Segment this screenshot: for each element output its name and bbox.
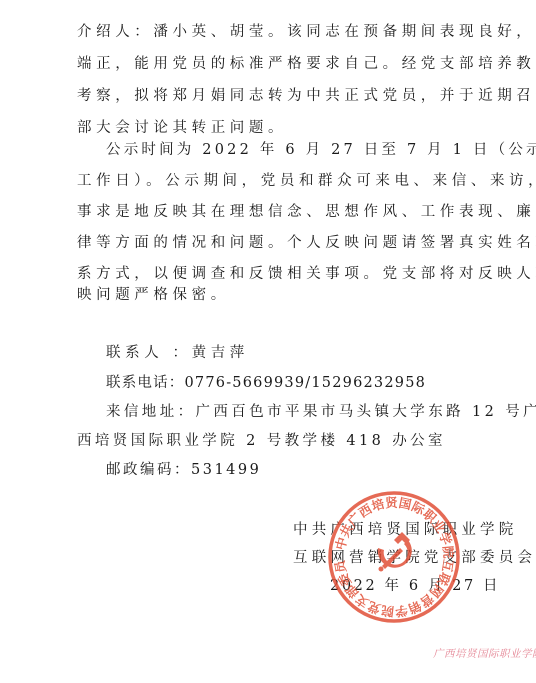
signature-org-line1: 中共广西培贤国际职业学院 <box>293 520 517 540</box>
paragraph-line: 律等方面的情况和问题。个人反映问题请签署真实姓名和联 <box>77 233 536 253</box>
paragraph-line: 系方式，以便调查和反馈相关事项。党支部将对反映人和反 <box>77 264 536 284</box>
paragraph-line: 端正，能用党员的标准严格要求自己。经党支部培养教育和 <box>77 54 536 74</box>
signature-org-line2: 互联网营销学院党支部委员会 <box>293 548 536 568</box>
contact-address-line2: 西培贤国际职业学院 2 号教学楼 418 办公室 <box>77 431 446 451</box>
signature-date: 2022 年 6 月 27 日 <box>330 576 500 596</box>
paragraph-line: 介绍人：潘小英、胡莹。该同志在预备期间表现良好，思想 <box>77 22 536 42</box>
contact-address-line1: 来信地址：广西百色市平果市马头镇大学东路 12 号广 <box>106 402 536 422</box>
paragraph-line: 部大会讨论其转正问题。 <box>77 118 287 138</box>
contact-postcode: 邮政编码：531499 <box>106 460 261 480</box>
contact-phone: 联系电话：0776-5669939/15296232958 <box>106 373 426 393</box>
document-page: 介绍人：潘小英、胡莹。该同志在预备期间表现良好，思想 端正，能用党员的标准严格要… <box>0 0 536 683</box>
paragraph-line: 工作日）。公示期间，党员和群众可来电、来信、来访，实 <box>77 171 536 191</box>
paragraph-line: 公示时间为 2022 年 6 月 27 日至 7 月 1 日（公示期 5 个 <box>106 140 536 160</box>
college-watermark: 广西培贤国际职业学院 <box>433 646 536 661</box>
paragraph-line: 事求是地反映其在理想信念、思想作风、工作表现、廉洁自 <box>77 202 536 222</box>
paragraph-line: 映问题严格保密。 <box>77 285 230 305</box>
contact-person: 联系人 ：黄吉萍 <box>106 343 249 363</box>
paragraph-line: 考察，拟将郑月娟同志转为中共正式党员，并于近期召开支 <box>77 86 536 106</box>
